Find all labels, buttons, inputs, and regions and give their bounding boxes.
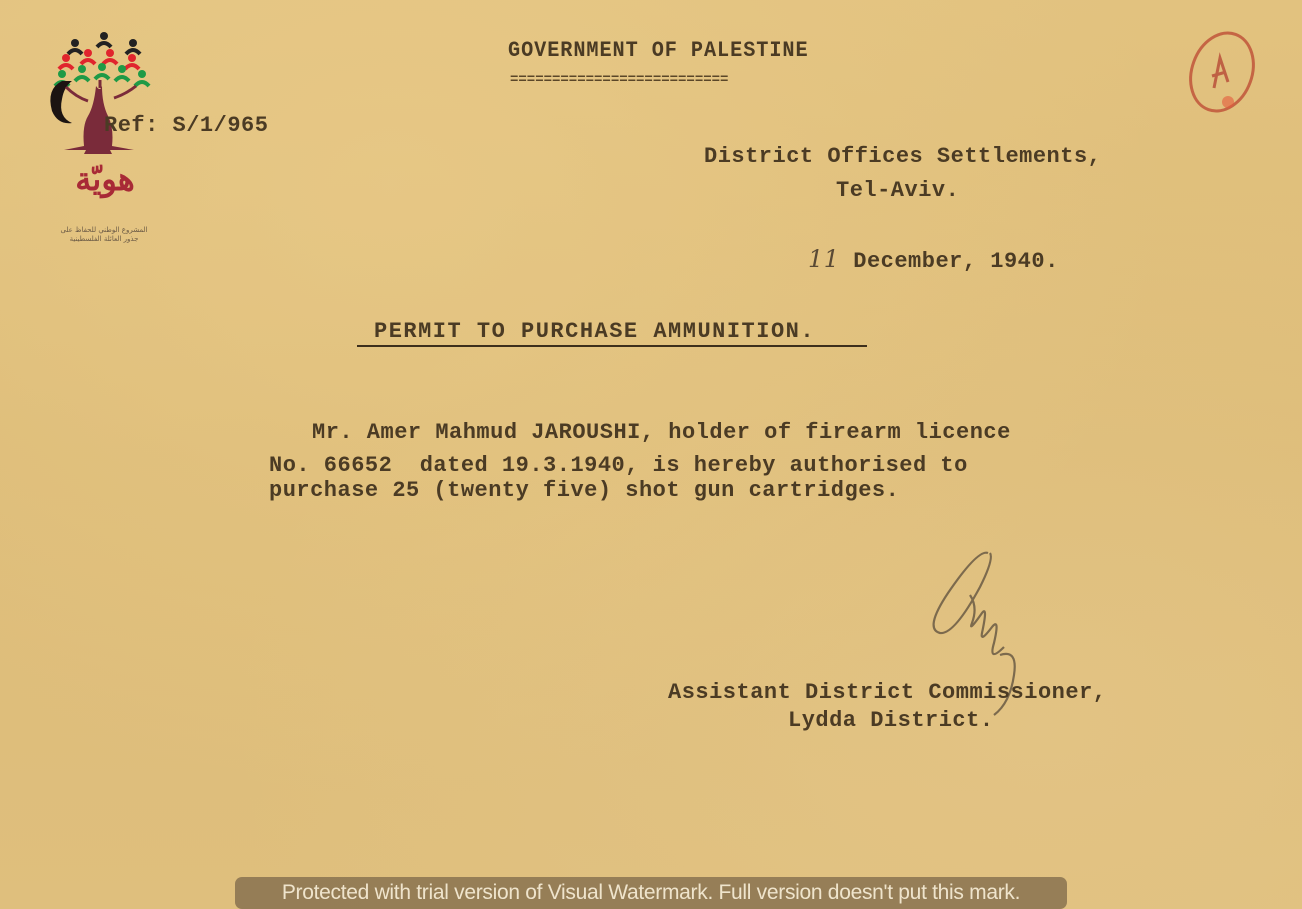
title-double-rule: ========================== <box>510 72 728 88</box>
signatory-title: Assistant District Commissioner, <box>668 680 1106 705</box>
watermark-banner: Protected with trial version of Visual W… <box>235 877 1067 909</box>
date-text: December, 1940. <box>853 249 1059 274</box>
subject-underline <box>357 345 867 347</box>
hawiya-logo-icon <box>44 26 164 256</box>
document-date: 11 December, 1940. <box>808 245 1059 274</box>
government-title: GOVERNMENT OF PALESTINE <box>508 38 809 63</box>
body-line-2: No. 66652 dated 19.3.1940, is hereby aut… <box>269 453 968 478</box>
body-line-1: Mr. Amer Mahmud JAROUSHI, holder of fire… <box>312 420 1011 445</box>
office-line-2: Tel-Aviv. <box>836 178 959 203</box>
red-stamp-icon <box>1186 26 1258 118</box>
office-line-1: District Offices Settlements, <box>704 144 1101 169</box>
body-line-3: purchase 25 (twenty five) shot gun cartr… <box>269 478 899 503</box>
signatory-district: Lydda District. <box>788 708 994 733</box>
logo-title: هويّة <box>60 160 150 198</box>
logo-subtitle-line1: المشروع الوطني للحفاظ على <box>48 226 160 235</box>
logo-subtitle: المشروع الوطني للحفاظ على جذور العائلة ا… <box>48 226 160 244</box>
subject-heading: PERMIT TO PURCHASE AMMUNITION. <box>374 319 815 344</box>
logo-subtitle-line2: جذور العائلة الفلسطينية <box>48 235 160 244</box>
handwritten-day: 11 <box>808 245 840 273</box>
reference-number: Ref: S/1/965 <box>104 113 268 138</box>
